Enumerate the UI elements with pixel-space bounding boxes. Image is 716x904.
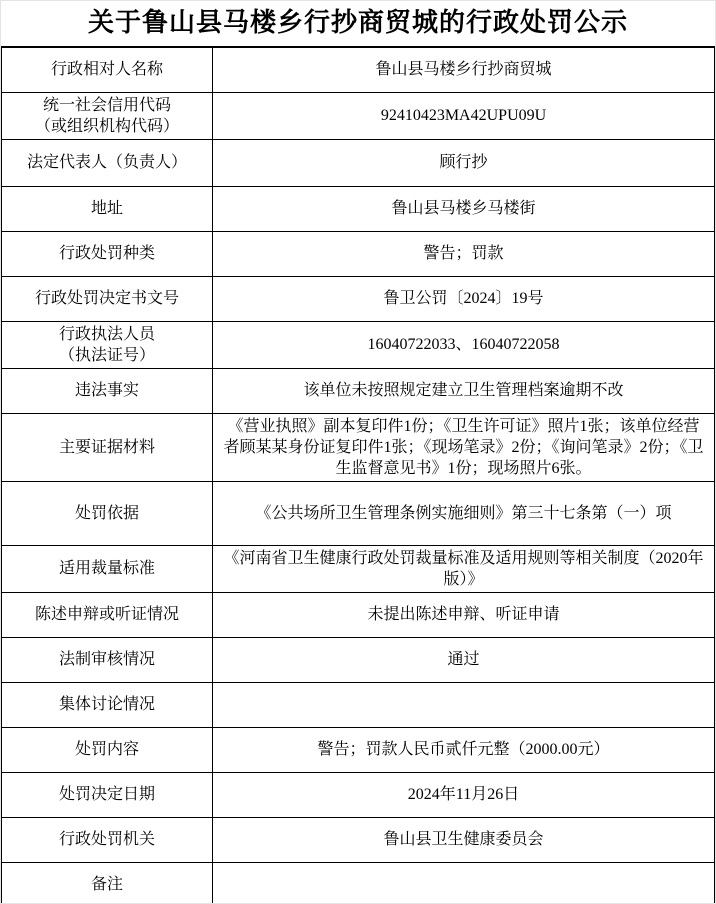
row-value	[213, 682, 716, 727]
row-value: 《河南省卫生健康行政处罚裁量标准及适用规则等相关制度（2020年版）》	[213, 545, 716, 592]
row-label: 地址	[1, 186, 213, 231]
row-value: 16040722033、16040722058	[213, 321, 716, 368]
penalty-table: 行政相对人名称 鲁山县马楼乡行抄商贸城 统一社会信用代码 （或组织机构代码） 9…	[0, 46, 716, 904]
table-row: 处罚决定日期 2024年11月26日	[1, 772, 715, 817]
row-label: 适用裁量标准	[1, 545, 213, 592]
row-label: 陈述申辩或听证情况	[1, 592, 213, 637]
row-value: 警告；罚款人民币贰仟元整（2000.00元）	[213, 727, 716, 772]
row-label: 法定代表人（负责人）	[1, 139, 213, 186]
table-row: 地址 鲁山县马楼乡马楼街	[1, 186, 715, 231]
row-value: 鲁卫公罚〔2024〕19号	[213, 276, 716, 321]
row-value: 鲁山县卫生健康委员会	[213, 817, 716, 862]
penalty-table-body: 行政相对人名称 鲁山县马楼乡行抄商贸城 统一社会信用代码 （或组织机构代码） 9…	[1, 47, 715, 904]
row-label: 行政执法人员 （执法证号）	[1, 321, 213, 368]
row-label: 主要证据材料	[1, 413, 213, 481]
row-label: 集体讨论情况	[1, 682, 213, 727]
table-row: 适用裁量标准 《河南省卫生健康行政处罚裁量标准及适用规则等相关制度（2020年版…	[1, 545, 715, 592]
table-row: 主要证据材料 《营业执照》副本复印件1份；《卫生许可证》照片1张；该单位经营者顾…	[1, 413, 715, 481]
table-row: 行政相对人名称 鲁山县马楼乡行抄商贸城	[1, 47, 715, 92]
row-value: 该单位未按照规定建立卫生管理档案逾期不改	[213, 368, 716, 413]
row-value: 2024年11月26日	[213, 772, 716, 817]
page-title: 关于鲁山县马楼乡行抄商贸城的行政处罚公示	[1, 1, 715, 46]
table-row: 备注	[1, 862, 715, 904]
row-label: 处罚依据	[1, 481, 213, 545]
row-label: 处罚决定日期	[1, 772, 213, 817]
row-value: 鲁山县马楼乡马楼街	[213, 186, 716, 231]
table-row: 行政处罚种类 警告；罚款	[1, 231, 715, 276]
row-value	[213, 862, 716, 904]
row-label: 行政相对人名称	[1, 47, 213, 92]
row-value: 鲁山县马楼乡行抄商贸城	[213, 47, 716, 92]
table-row: 违法事实 该单位未按照规定建立卫生管理档案逾期不改	[1, 368, 715, 413]
table-row: 集体讨论情况	[1, 682, 715, 727]
table-row: 处罚内容 警告；罚款人民币贰仟元整（2000.00元）	[1, 727, 715, 772]
row-value: 《公共场所卫生管理条例实施细则》第三十七条第（一）项	[213, 481, 716, 545]
row-value: 未提出陈述申辩、听证申请	[213, 592, 716, 637]
table-row: 行政处罚机关 鲁山县卫生健康委员会	[1, 817, 715, 862]
row-value: 《营业执照》副本复印件1份；《卫生许可证》照片1张；该单位经营者顾某某身份证复印…	[213, 413, 716, 481]
table-row: 行政执法人员 （执法证号） 16040722033、16040722058	[1, 321, 715, 368]
row-label: 备注	[1, 862, 213, 904]
table-row: 法制审核情况 通过	[1, 637, 715, 682]
row-label: 行政处罚机关	[1, 817, 213, 862]
row-value: 警告；罚款	[213, 231, 716, 276]
table-row: 处罚依据 《公共场所卫生管理条例实施细则》第三十七条第（一）项	[1, 481, 715, 545]
row-label: 行政处罚决定书文号	[1, 276, 213, 321]
row-label: 处罚内容	[1, 727, 213, 772]
row-label: 统一社会信用代码 （或组织机构代码）	[1, 92, 213, 139]
table-row: 陈述申辩或听证情况 未提出陈述申辩、听证申请	[1, 592, 715, 637]
row-label: 违法事实	[1, 368, 213, 413]
announcement-page: 关于鲁山县马楼乡行抄商贸城的行政处罚公示 行政相对人名称 鲁山县马楼乡行抄商贸城…	[0, 0, 716, 904]
row-label: 法制审核情况	[1, 637, 213, 682]
row-value: 顾行抄	[213, 139, 716, 186]
row-label: 行政处罚种类	[1, 231, 213, 276]
table-row: 法定代表人（负责人） 顾行抄	[1, 139, 715, 186]
table-row: 统一社会信用代码 （或组织机构代码） 92410423MA42UPU09U	[1, 92, 715, 139]
row-value: 通过	[213, 637, 716, 682]
table-row: 行政处罚决定书文号 鲁卫公罚〔2024〕19号	[1, 276, 715, 321]
row-value: 92410423MA42UPU09U	[213, 92, 716, 139]
